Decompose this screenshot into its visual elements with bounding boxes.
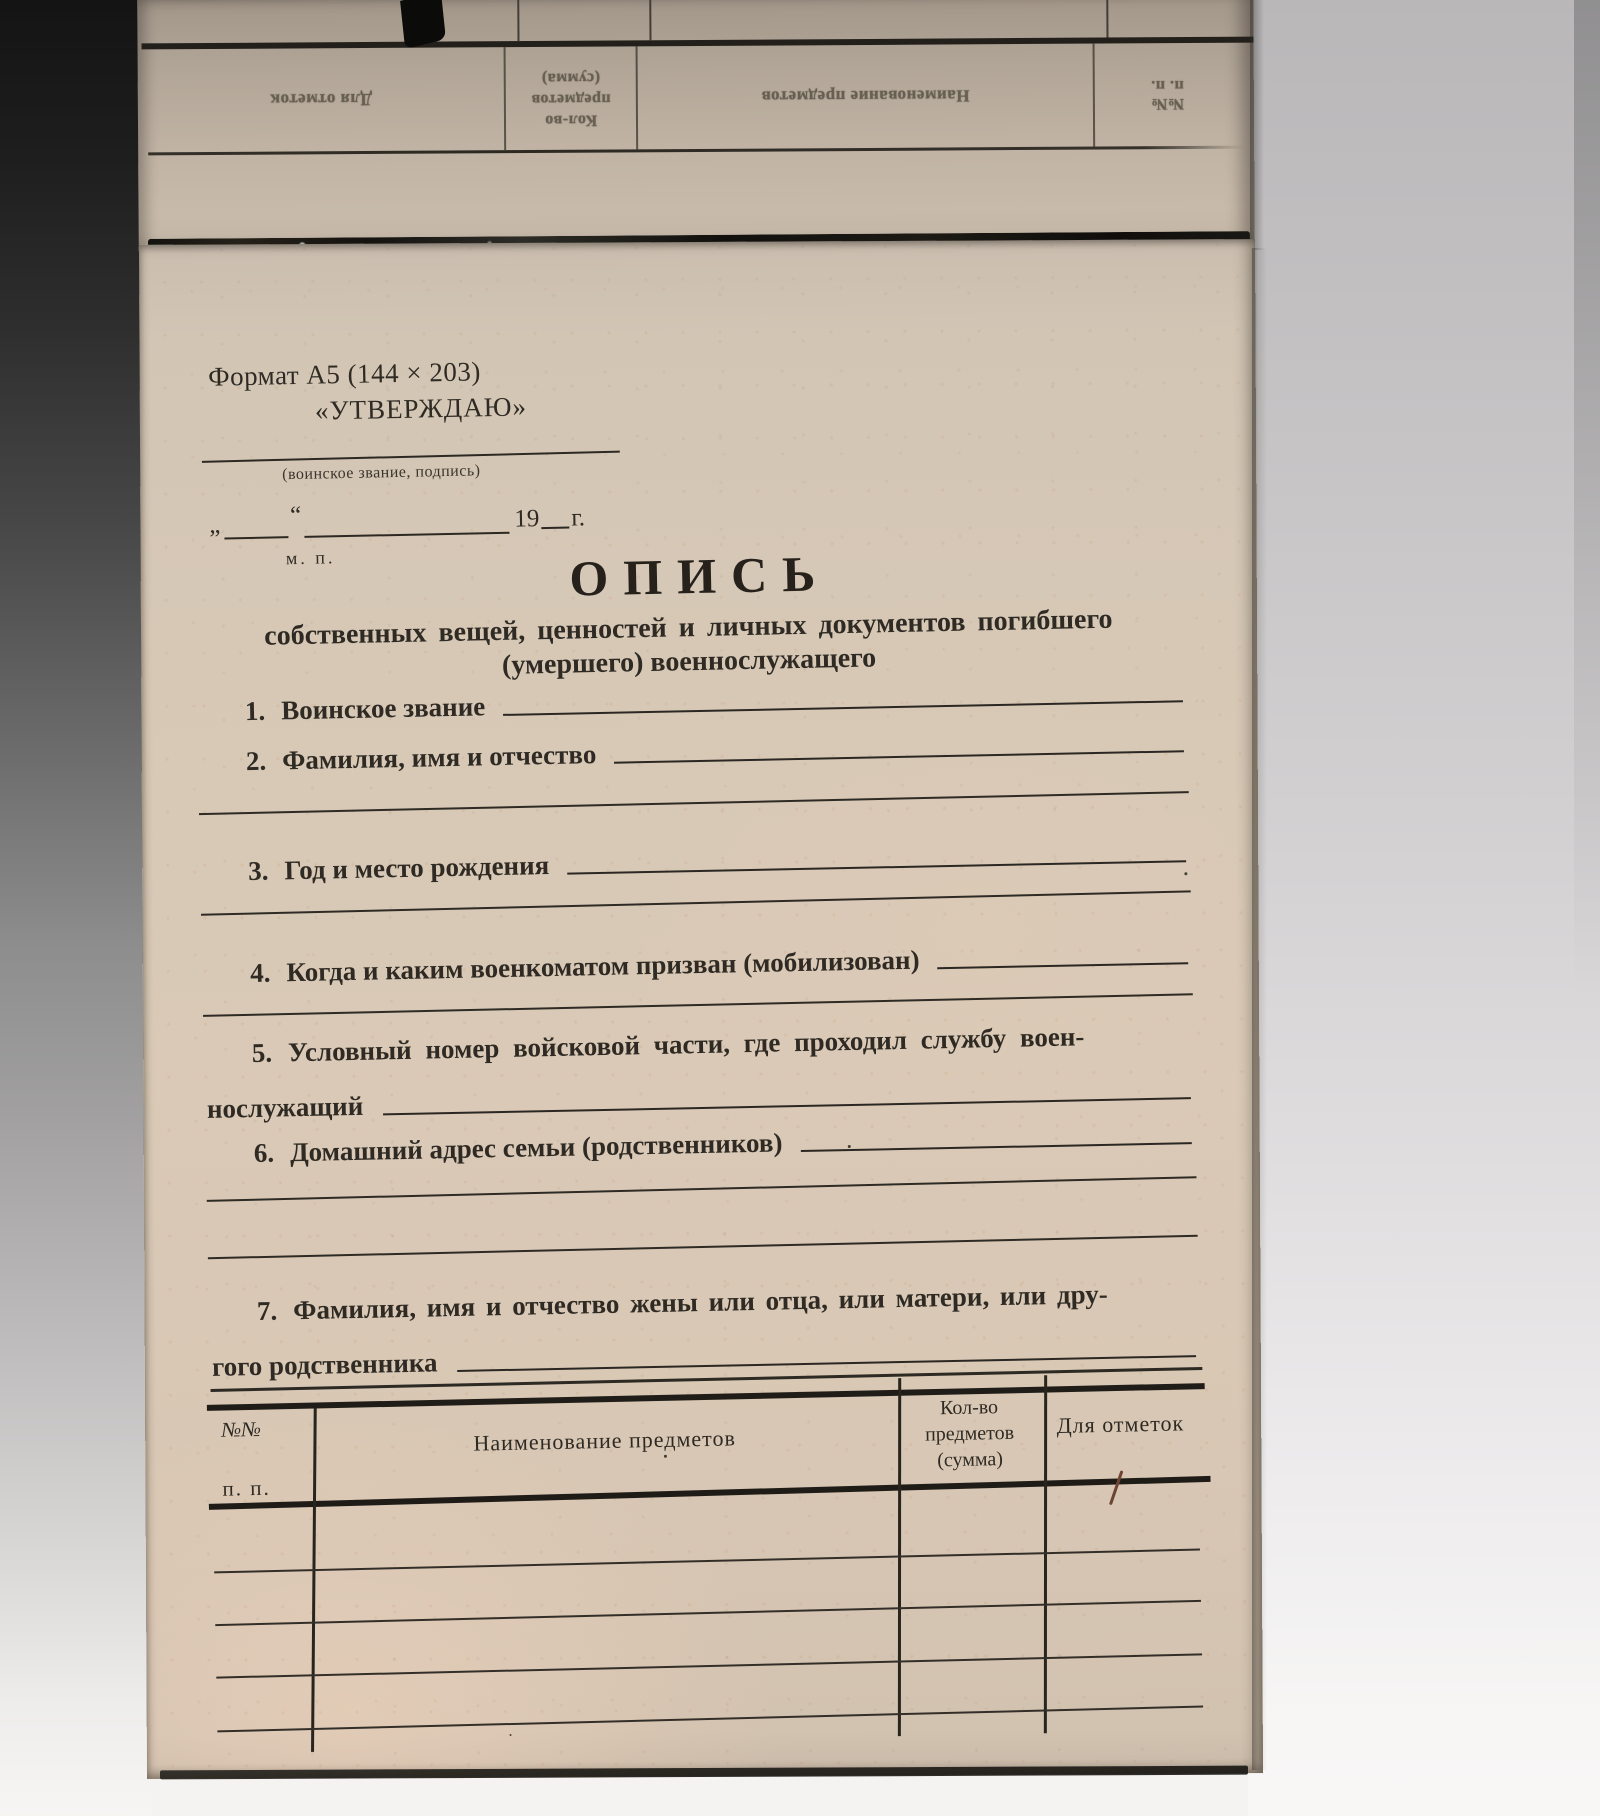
item-6-blank-line [801,1142,1192,1152]
approve-label: «УТВЕРЖДАЮ» [315,391,528,426]
paper-speck [664,1455,667,1458]
column-header-name: Наименование предметов [315,1422,893,1460]
item-4-continuation-line [203,993,1193,1017]
date-open-quote: „ [209,512,221,540]
form-item-4: 4. Когда и каким военкоматом призван (мо… [250,940,1188,989]
item-1-blank-line [503,700,1183,716]
column-header-qty: Кол-во предметов (сумма) [899,1393,1041,1474]
previous-sheet-edge-shadow [1250,0,1264,250]
item-7-continuation-label: гого родственника [212,1347,438,1383]
form-item-1: 1. Воинское звание [245,678,1183,727]
form-item-6: 6. Домашний адрес семьи (родственников) [254,1120,1192,1169]
item-5-continuation-label: нослужащий [207,1091,364,1125]
item-5-blank-line [383,1097,1191,1115]
item-6-continuation-line-2 [208,1235,1198,1259]
column-divider-3 [1044,1375,1047,1733]
form-item-5: 5. Условный номер войсковой части, где п… [252,1020,1190,1069]
form-content: Формат А5 (144 × 203) «УТВЕРЖДАЮ» (воинс… [128,231,1275,1787]
previous-column-header-no: №№ п. п. [1093,43,1255,147]
table-row-line-2 [215,1600,1201,1626]
previous-sheet-upside-down: №№ п. п. Наименование предметов Кол-во п… [137,0,1255,251]
date-blank-year [541,497,570,530]
table-row-line-4 [217,1705,1203,1732]
previous-no-line1: №№ [1151,95,1184,113]
previous-table-row-area [137,0,1253,43]
form-item-5-continuation: нослужащий [207,1074,1191,1125]
item-5-label: Условный номер войсковой части, где прох… [288,1022,1085,1068]
form-item-7: 7. Фамилия, имя и отчество жены или отца… [257,1278,1195,1327]
item-2-blank-line [614,750,1184,763]
date-blank-month [304,502,510,538]
scanner-background-right [1248,0,1600,1816]
column-header-notes: Для отметок [1043,1410,1197,1439]
form-item-7-continuation: гого родственника [212,1332,1196,1383]
date-year-suffix: г. [571,504,585,532]
date-blank-day [224,506,289,539]
paper-speck [510,1734,512,1736]
signature-caption: (воинское звание, подпись) [282,462,481,484]
item-2-label: Фамилия, имя и отчество [282,740,597,776]
item-6-continuation-line-1 [207,1176,1197,1202]
previous-column-header-name: Наименование предметов [636,44,1094,150]
form-item-3: 3. Год и место рождения [248,838,1186,887]
page-right-edge-shadow [1252,248,1267,1770]
form-page: Формат А5 (144 × 203) «УТВЕРЖДАЮ» (воинс… [139,239,1263,1779]
item-1-label: Воинское звание [281,692,486,726]
paper-speck [1184,872,1187,875]
table-row-line-3 [216,1653,1202,1678]
previous-no-line2: п. п. [1151,77,1184,95]
paper-speck [848,1145,851,1148]
item-4-blank-line [938,962,1189,969]
no-header-line2: п. п. [222,1475,314,1502]
item-2-continuation-line [199,791,1189,815]
item-7-label: Фамилия, имя и отчество жены или отца, и… [293,1280,1108,1326]
no-header-line1: №№ [221,1416,313,1443]
item-3-label: Год и место рождения [284,851,549,886]
scanner-edge-band [1574,0,1600,1000]
item-4-label: Когда и каким военкоматом призван (мобил… [286,946,920,988]
column-header-no: №№ п. п. [215,1412,315,1504]
previous-column-header-notes: Для отметок [138,47,505,152]
form-item-2: 2. Фамилия, имя и отчество [246,728,1184,777]
previous-table-header-row: №№ п. п. Наименование предметов Кол-во п… [138,43,1255,153]
pen-mark [1109,1470,1123,1505]
table-header-bottom-line [209,1476,1211,1510]
table-row-line-1 [214,1549,1200,1574]
date-line: „ “ 19 г. [209,496,612,540]
date-year: 19 [514,505,540,533]
previous-sheet-table-fragment: №№ п. п. Наименование предметов Кол-во п… [137,0,1255,251]
item-3-continuation-line [201,890,1191,915]
item-3-blank-line [567,860,1186,874]
scanned-document: №№ п. п. Наименование предметов Кол-во п… [0,0,1600,1816]
previous-column-header-qty: Кол-во предметов (сумма) [504,46,637,150]
format-note: Формат А5 (144 × 203) [208,356,481,392]
signature-line [202,451,620,463]
date-close-quote: “ [290,502,302,530]
item-6-label: Домашний адрес семьи (родственников) [290,1128,783,1168]
